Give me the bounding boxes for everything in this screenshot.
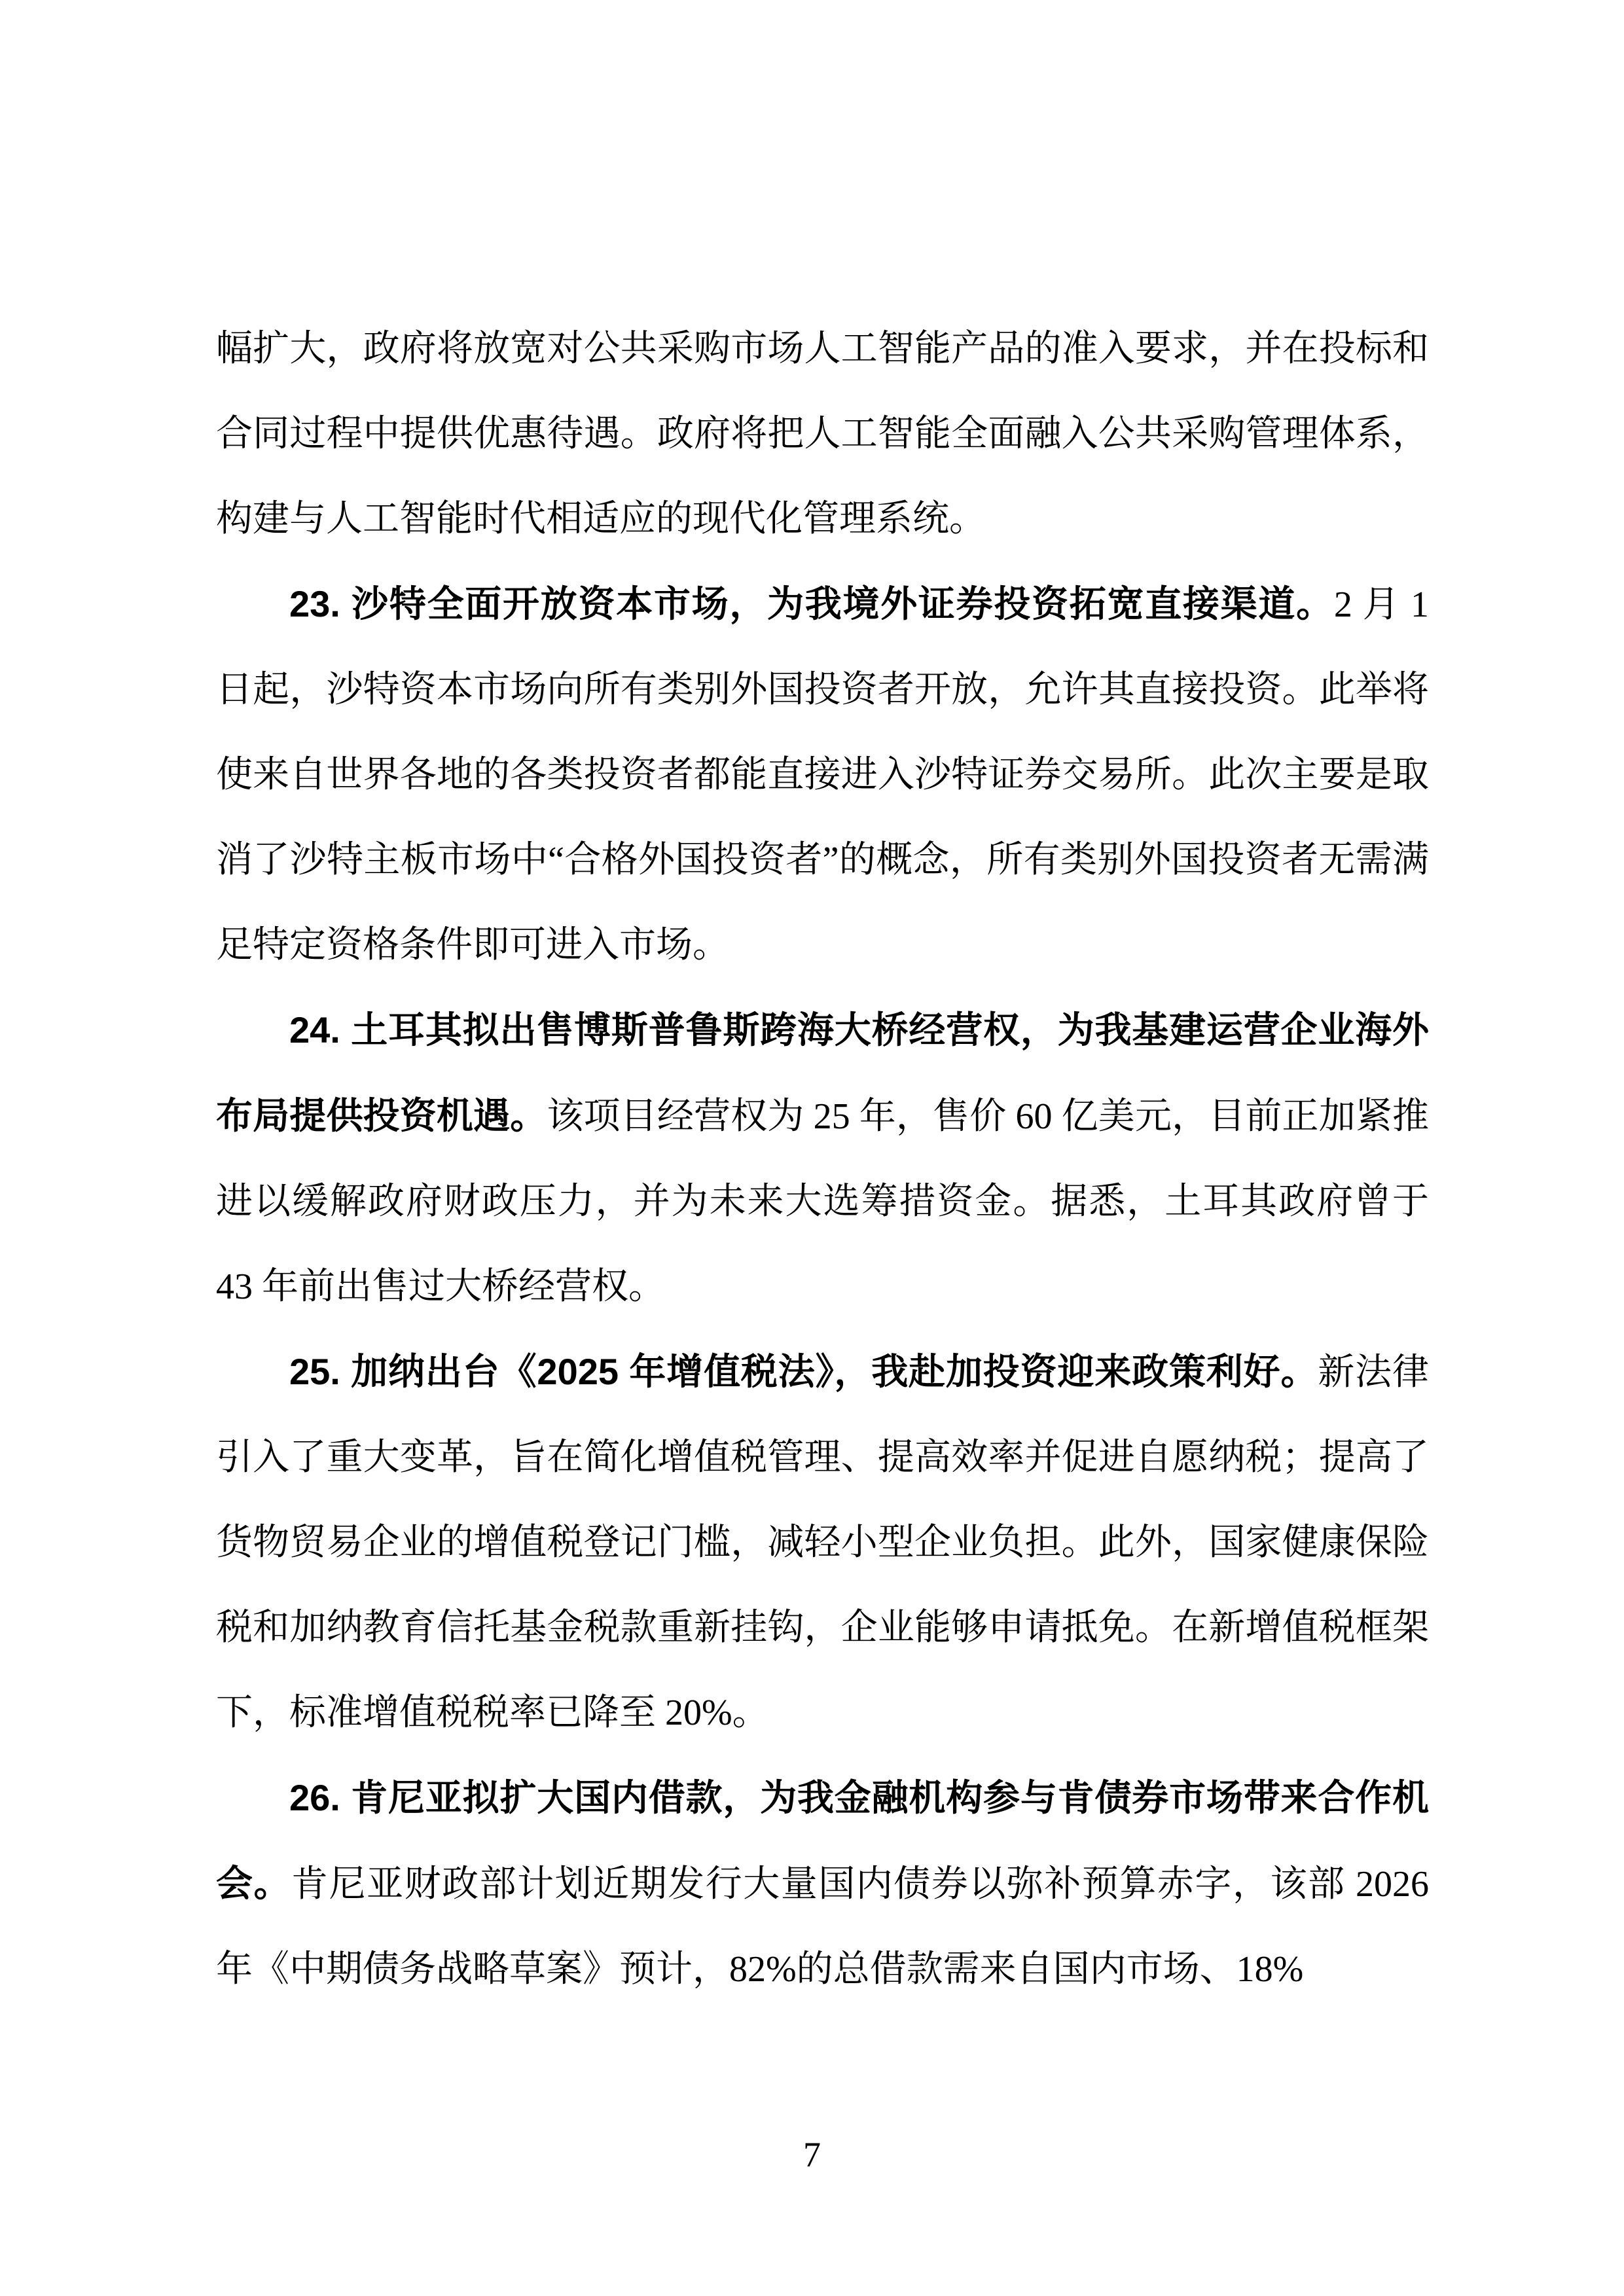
para-continuation-ai-procurement: 幅扩大，政府将放宽对公共采购市场人工智能产品的准入要求，并在投标和合同过程中提供… bbox=[216, 306, 1429, 562]
paragraph-body-run: 幅扩大，政府将放宽对公共采购市场人工智能产品的准入要求，并在投标和合同过程中提供… bbox=[216, 329, 1429, 539]
document-body: 幅扩大，政府将放宽对公共采购市场人工智能产品的准入要求，并在投标和合同过程中提供… bbox=[216, 306, 1429, 2012]
paragraph-heading-run: 23. 沙特全面开放资本市场，为我境外证券投资拓宽直接渠道。 bbox=[289, 583, 1334, 624]
paragraph-body-run: 新法律引入了重大变革，旨在简化增值税管理、提高效率并促进自愿纳税；提高了货物贸易… bbox=[216, 1352, 1429, 1733]
page-number: 7 bbox=[0, 2128, 1624, 2181]
para-26-kenya-borrowing: 26. 肯尼亚拟扩大国内借款，为我金融机构参与肯债券市场带来合作机会。肯尼亚财政… bbox=[216, 1755, 1429, 2012]
para-25-ghana-vat: 25. 加纳出台《2025 年增值税法》，我赴加投资迎来政策利好。新法律引入了重… bbox=[216, 1329, 1429, 1755]
para-23-saudi-capital-market: 23. 沙特全面开放资本市场，为我境外证券投资拓宽直接渠道。2 月 1 日起，沙… bbox=[216, 562, 1429, 988]
para-24-turkey-bridge: 24. 土耳其拟出售博斯普鲁斯跨海大桥经营权，为我基建运营企业海外布局提供投资机… bbox=[216, 988, 1429, 1329]
paragraph-body-run: 肯尼亚财政部计划近期发行大量国内债券以弥补预算赤字，该部 2026 年《中期债务… bbox=[216, 1864, 1429, 1990]
paragraph-body-run: 2 月 1 日起，沙特资本市场向所有类别外国投资者开放，允许其直接投资。此举将使… bbox=[216, 584, 1429, 965]
document-page: 幅扩大，政府将放宽对公共采购市场人工智能产品的准入要求，并在投标和合同过程中提供… bbox=[0, 0, 1624, 2296]
paragraph-heading-run: 25. 加纳出台《2025 年增值税法》，我赴加投资迎来政策利好。 bbox=[289, 1351, 1318, 1392]
